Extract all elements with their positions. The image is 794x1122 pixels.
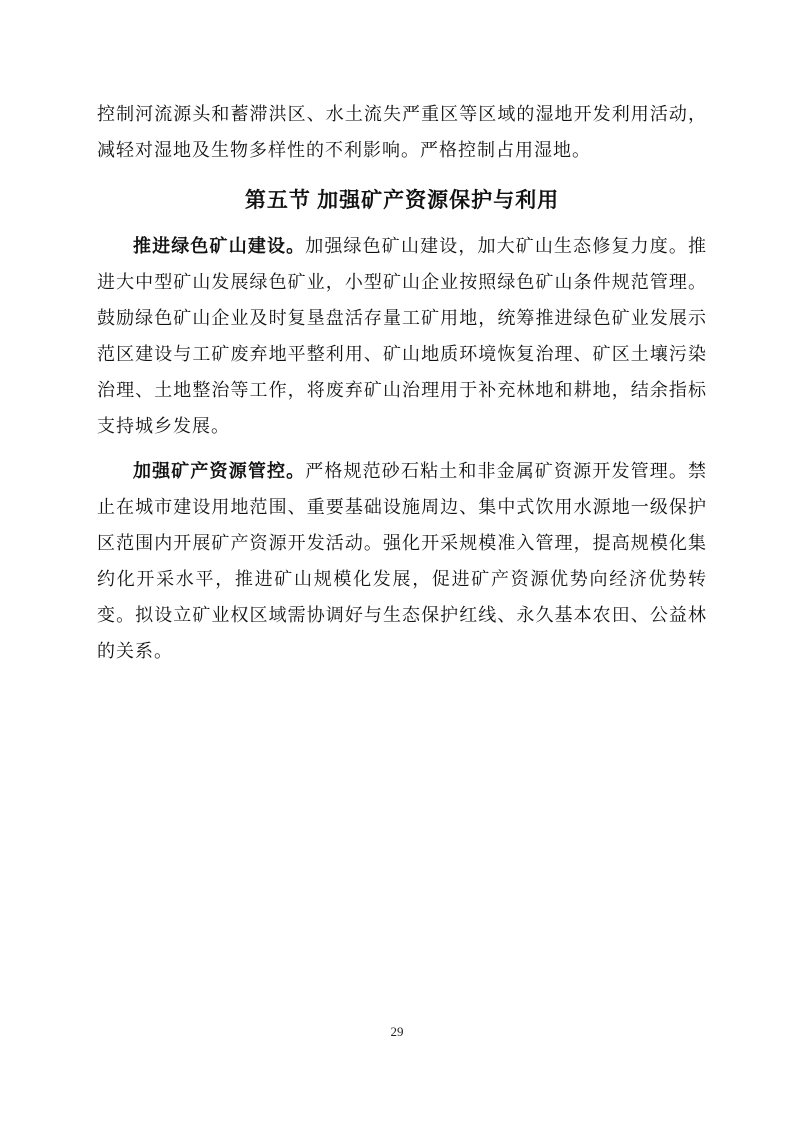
section-heading: 第五节 加强矿产资源保护与利用 <box>97 182 707 218</box>
intro-paragraph: 控制河流源头和蓄滞洪区、水土流失严重区等区域的湿地开发利用活动，减轻对湿地及生物… <box>97 96 707 168</box>
paragraph-body: 严格规范砂石粘土和非金属矿资源开发管理。禁止在城市建设用地范围、重要基础设施周边… <box>97 461 707 661</box>
paragraph-body: 加强绿色矿山建设，加大矿山生态修复力度。推进大中型矿山发展绿色矿业，小型矿山企业… <box>97 236 707 436</box>
paragraph-lead: 推进绿色矿山建设。 <box>133 236 305 256</box>
page-content: 控制河流源头和蓄滞洪区、水土流失严重区等区域的湿地开发利用活动，减轻对湿地及生物… <box>97 96 707 669</box>
paragraph-mineral-control: 加强矿产资源管控。严格规范砂石粘土和非金属矿资源开发管理。禁止在城市建设用地范围… <box>97 453 707 669</box>
paragraph-green-mines: 推进绿色矿山建设。加强绿色矿山建设，加大矿山生态修复力度。推进大中型矿山发展绿色… <box>97 228 707 444</box>
page-number: 29 <box>0 1024 794 1040</box>
document-page: 控制河流源头和蓄滞洪区、水土流失严重区等区域的湿地开发利用活动，减轻对湿地及生物… <box>0 0 794 1122</box>
paragraph-lead: 加强矿产资源管控。 <box>133 461 305 481</box>
